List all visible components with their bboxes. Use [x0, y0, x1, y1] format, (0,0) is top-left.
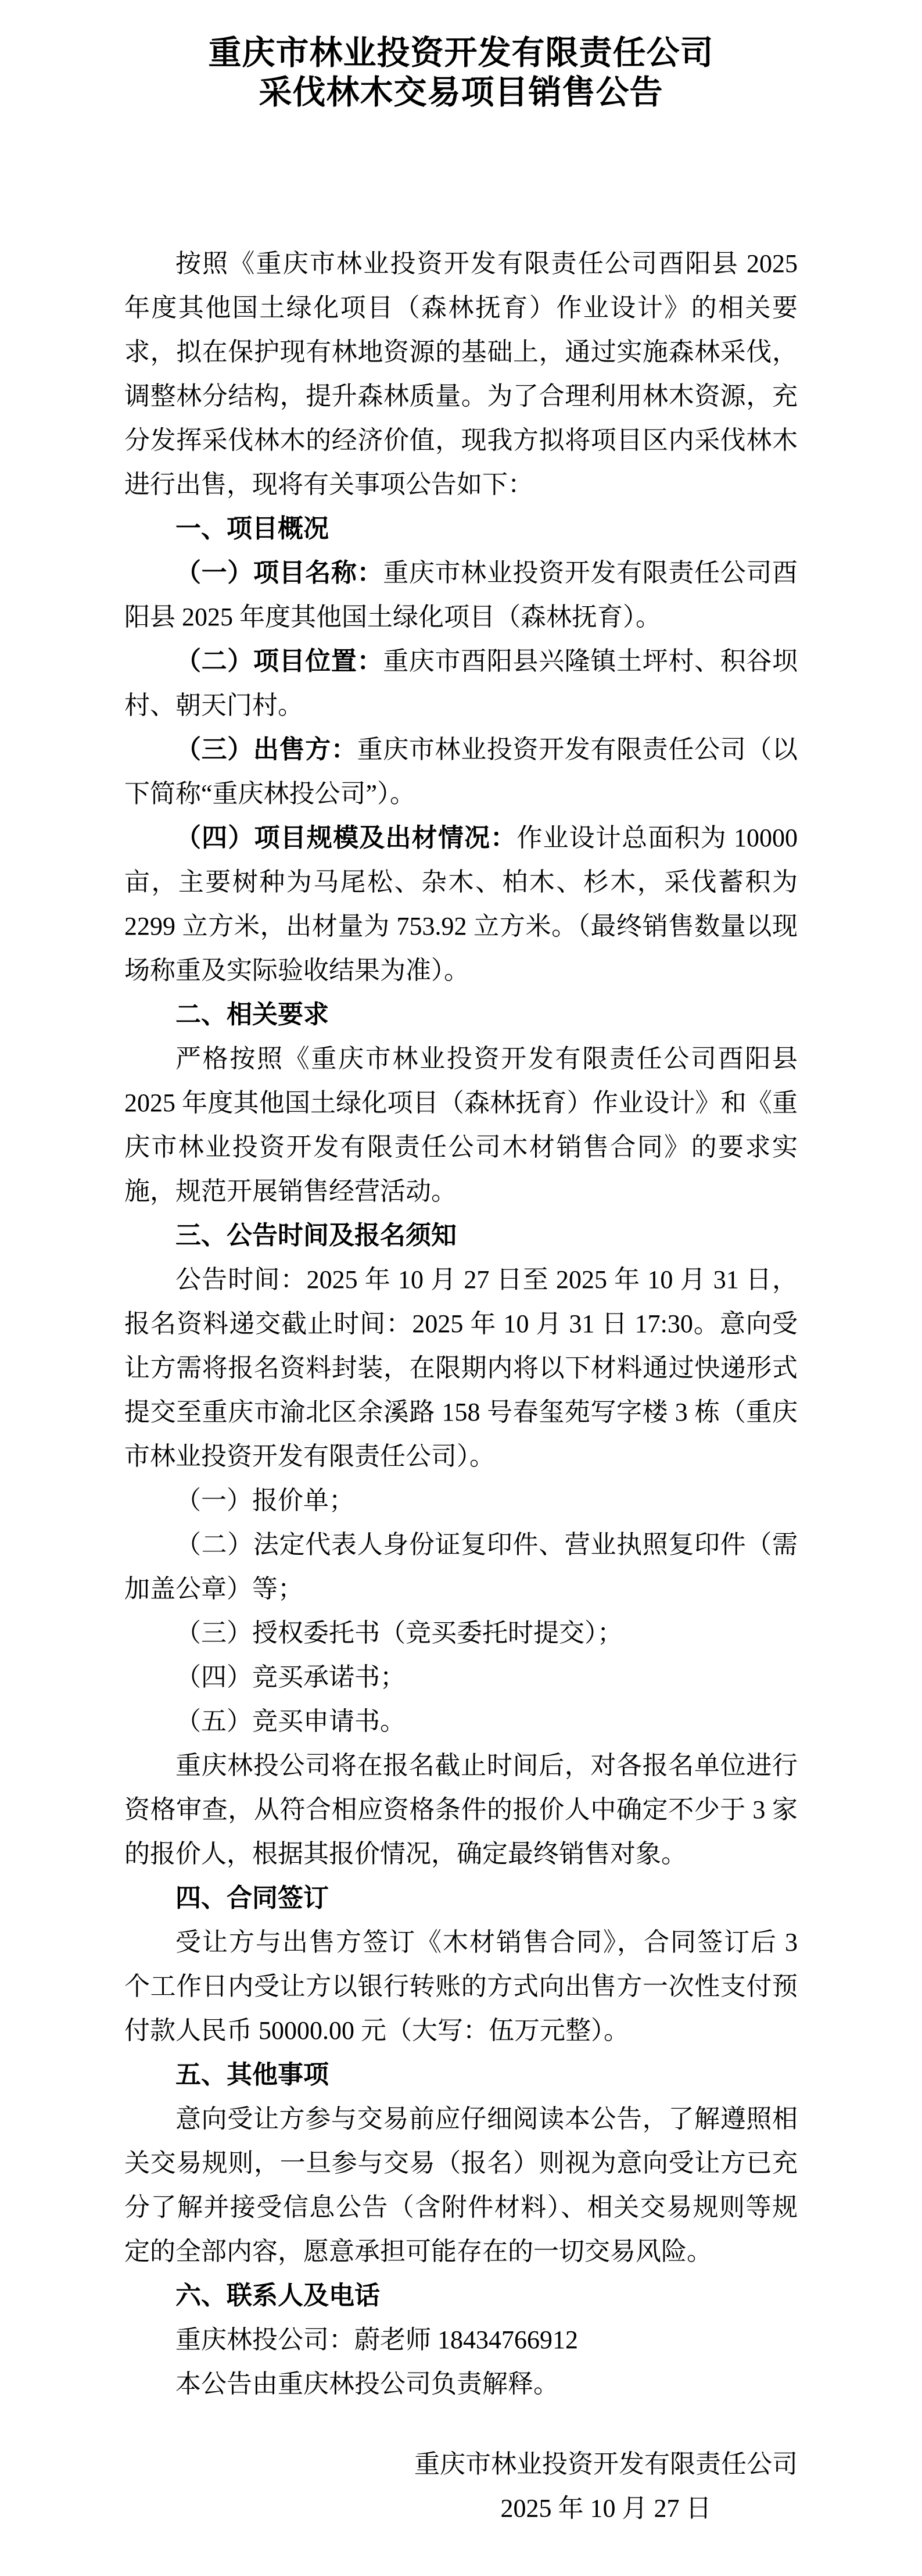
- material-item-2: （二）法定代表人身份证复印件、营业执照复印件（需加盖公章）等；: [124, 1523, 798, 1611]
- section-heading-notice: 三、公告时间及报名须知: [124, 1214, 798, 1258]
- interpretation-line: 本公告由重庆林投公司负责解释。: [124, 2362, 798, 2406]
- notice-paragraph: 公告时间：2025 年 10 月 27 日至 2025 年 10 月 31 日，…: [124, 1258, 798, 1479]
- title-line-2: 采伐林木交易项目销售公告: [124, 73, 798, 113]
- material-item-5: （五）竞买申请书。: [124, 1700, 798, 1744]
- signature-block: 重庆市林业投资开发有限责任公司 2025 年 10 月 27 日: [414, 2442, 798, 2531]
- contract-paragraph: 受让方与出售方签订《木材销售合同》，合同签订后 3 个工作日内受让方以银行转账的…: [124, 1920, 798, 2053]
- overview-item-location-label: （二）项目位置：: [175, 647, 383, 675]
- requirements-paragraph: 严格按照《重庆市林业投资开发有限责任公司酉阳县 2025 年度其他国土绿化项目（…: [124, 1037, 798, 1214]
- title-line-1: 重庆市林业投资开发有限责任公司: [124, 34, 798, 73]
- overview-item-location: （二）项目位置：重庆市酉阳县兴隆镇土坪村、积谷坝村、朝天门村。: [124, 639, 798, 728]
- section-heading-requirements: 二、相关要求: [124, 993, 798, 1037]
- overview-item-seller: （三）出售方：重庆市林业投资开发有限责任公司（以下简称“重庆林投公司”）。: [124, 728, 798, 816]
- section-heading-overview: 一、项目概况: [124, 507, 798, 551]
- overview-item-scale-label: （四）项目规模及出材情况：: [175, 824, 516, 852]
- document-page: 重庆市林业投资开发有限责任公司 采伐林木交易项目销售公告 按照《重庆市林业投资开…: [0, 0, 922, 2576]
- section-heading-other: 五、其他事项: [124, 2053, 798, 2097]
- intro-paragraph: 按照《重庆市林业投资开发有限责任公司酉阳县 2025 年度其他国土绿化项目（森林…: [124, 242, 798, 507]
- signature-date: 2025 年 10 月 27 日: [414, 2486, 798, 2531]
- overview-item-scale: （四）项目规模及出材情况：作业设计总面积为 10000 亩，主要树种为马尾松、杂…: [124, 816, 798, 993]
- overview-item-name: （一）项目名称：重庆市林业投资开发有限责任公司酉阳县 2025 年度其他国土绿化…: [124, 551, 798, 639]
- signature-company: 重庆市林业投资开发有限责任公司: [414, 2442, 798, 2486]
- section-heading-contract: 四、合同签订: [124, 1876, 798, 1920]
- material-item-3: （三）授权委托书（竞买委托时提交）；: [124, 1611, 798, 1655]
- other-paragraph: 意向受让方参与交易前应仔细阅读本公告，了解遵照相关交易规则，一旦参与交易（报名）…: [124, 2097, 798, 2274]
- contact-line: 重庆林投公司：蔚老师 18434766912: [124, 2318, 798, 2362]
- document-title: 重庆市林业投资开发有限责任公司 采伐林木交易项目销售公告: [124, 34, 798, 113]
- document-body: 按照《重庆市林业投资开发有限责任公司酉阳县 2025 年度其他国土绿化项目（森林…: [124, 242, 798, 2531]
- overview-item-seller-label: （三）出售方：: [175, 735, 357, 764]
- material-item-4: （四）竞买承诺书；: [124, 1655, 798, 1700]
- notice-review-paragraph: 重庆林投公司将在报名截止时间后，对各报名单位进行资格审查，从符合相应资格条件的报…: [124, 1744, 798, 1876]
- section-heading-contact: 六、联系人及电话: [124, 2274, 798, 2318]
- overview-item-name-label: （一）项目名称：: [175, 559, 383, 587]
- material-item-1: （一）报价单；: [124, 1479, 798, 1523]
